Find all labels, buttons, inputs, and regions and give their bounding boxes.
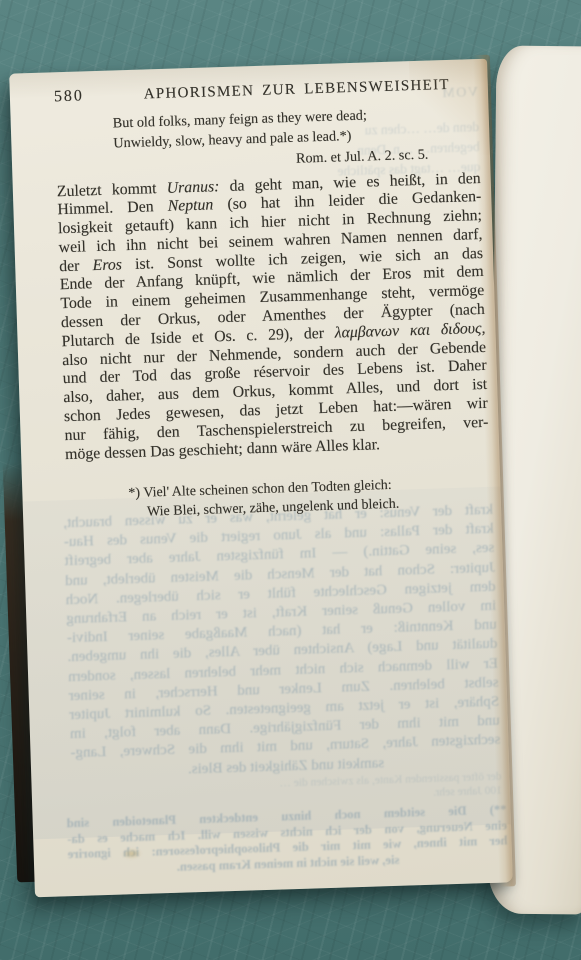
photo-of-open-book: VOM denn de… …chen zubegehren… …n. Dennq… — [0, 0, 581, 960]
page-number: 580 — [54, 86, 117, 106]
showthrough-footnote: **) Die seitdem noch hinzu entdeckten Pl… — [67, 802, 509, 878]
body-text: Zuletzt kommt Uranus: da geht man, wie e… — [57, 169, 490, 464]
showthrough-main-text: kraft der Venus: er hat gelernt, was er … — [63, 501, 501, 783]
book-page: VOM denn de… …chen zubegehren… …n. Dennq… — [9, 59, 513, 898]
